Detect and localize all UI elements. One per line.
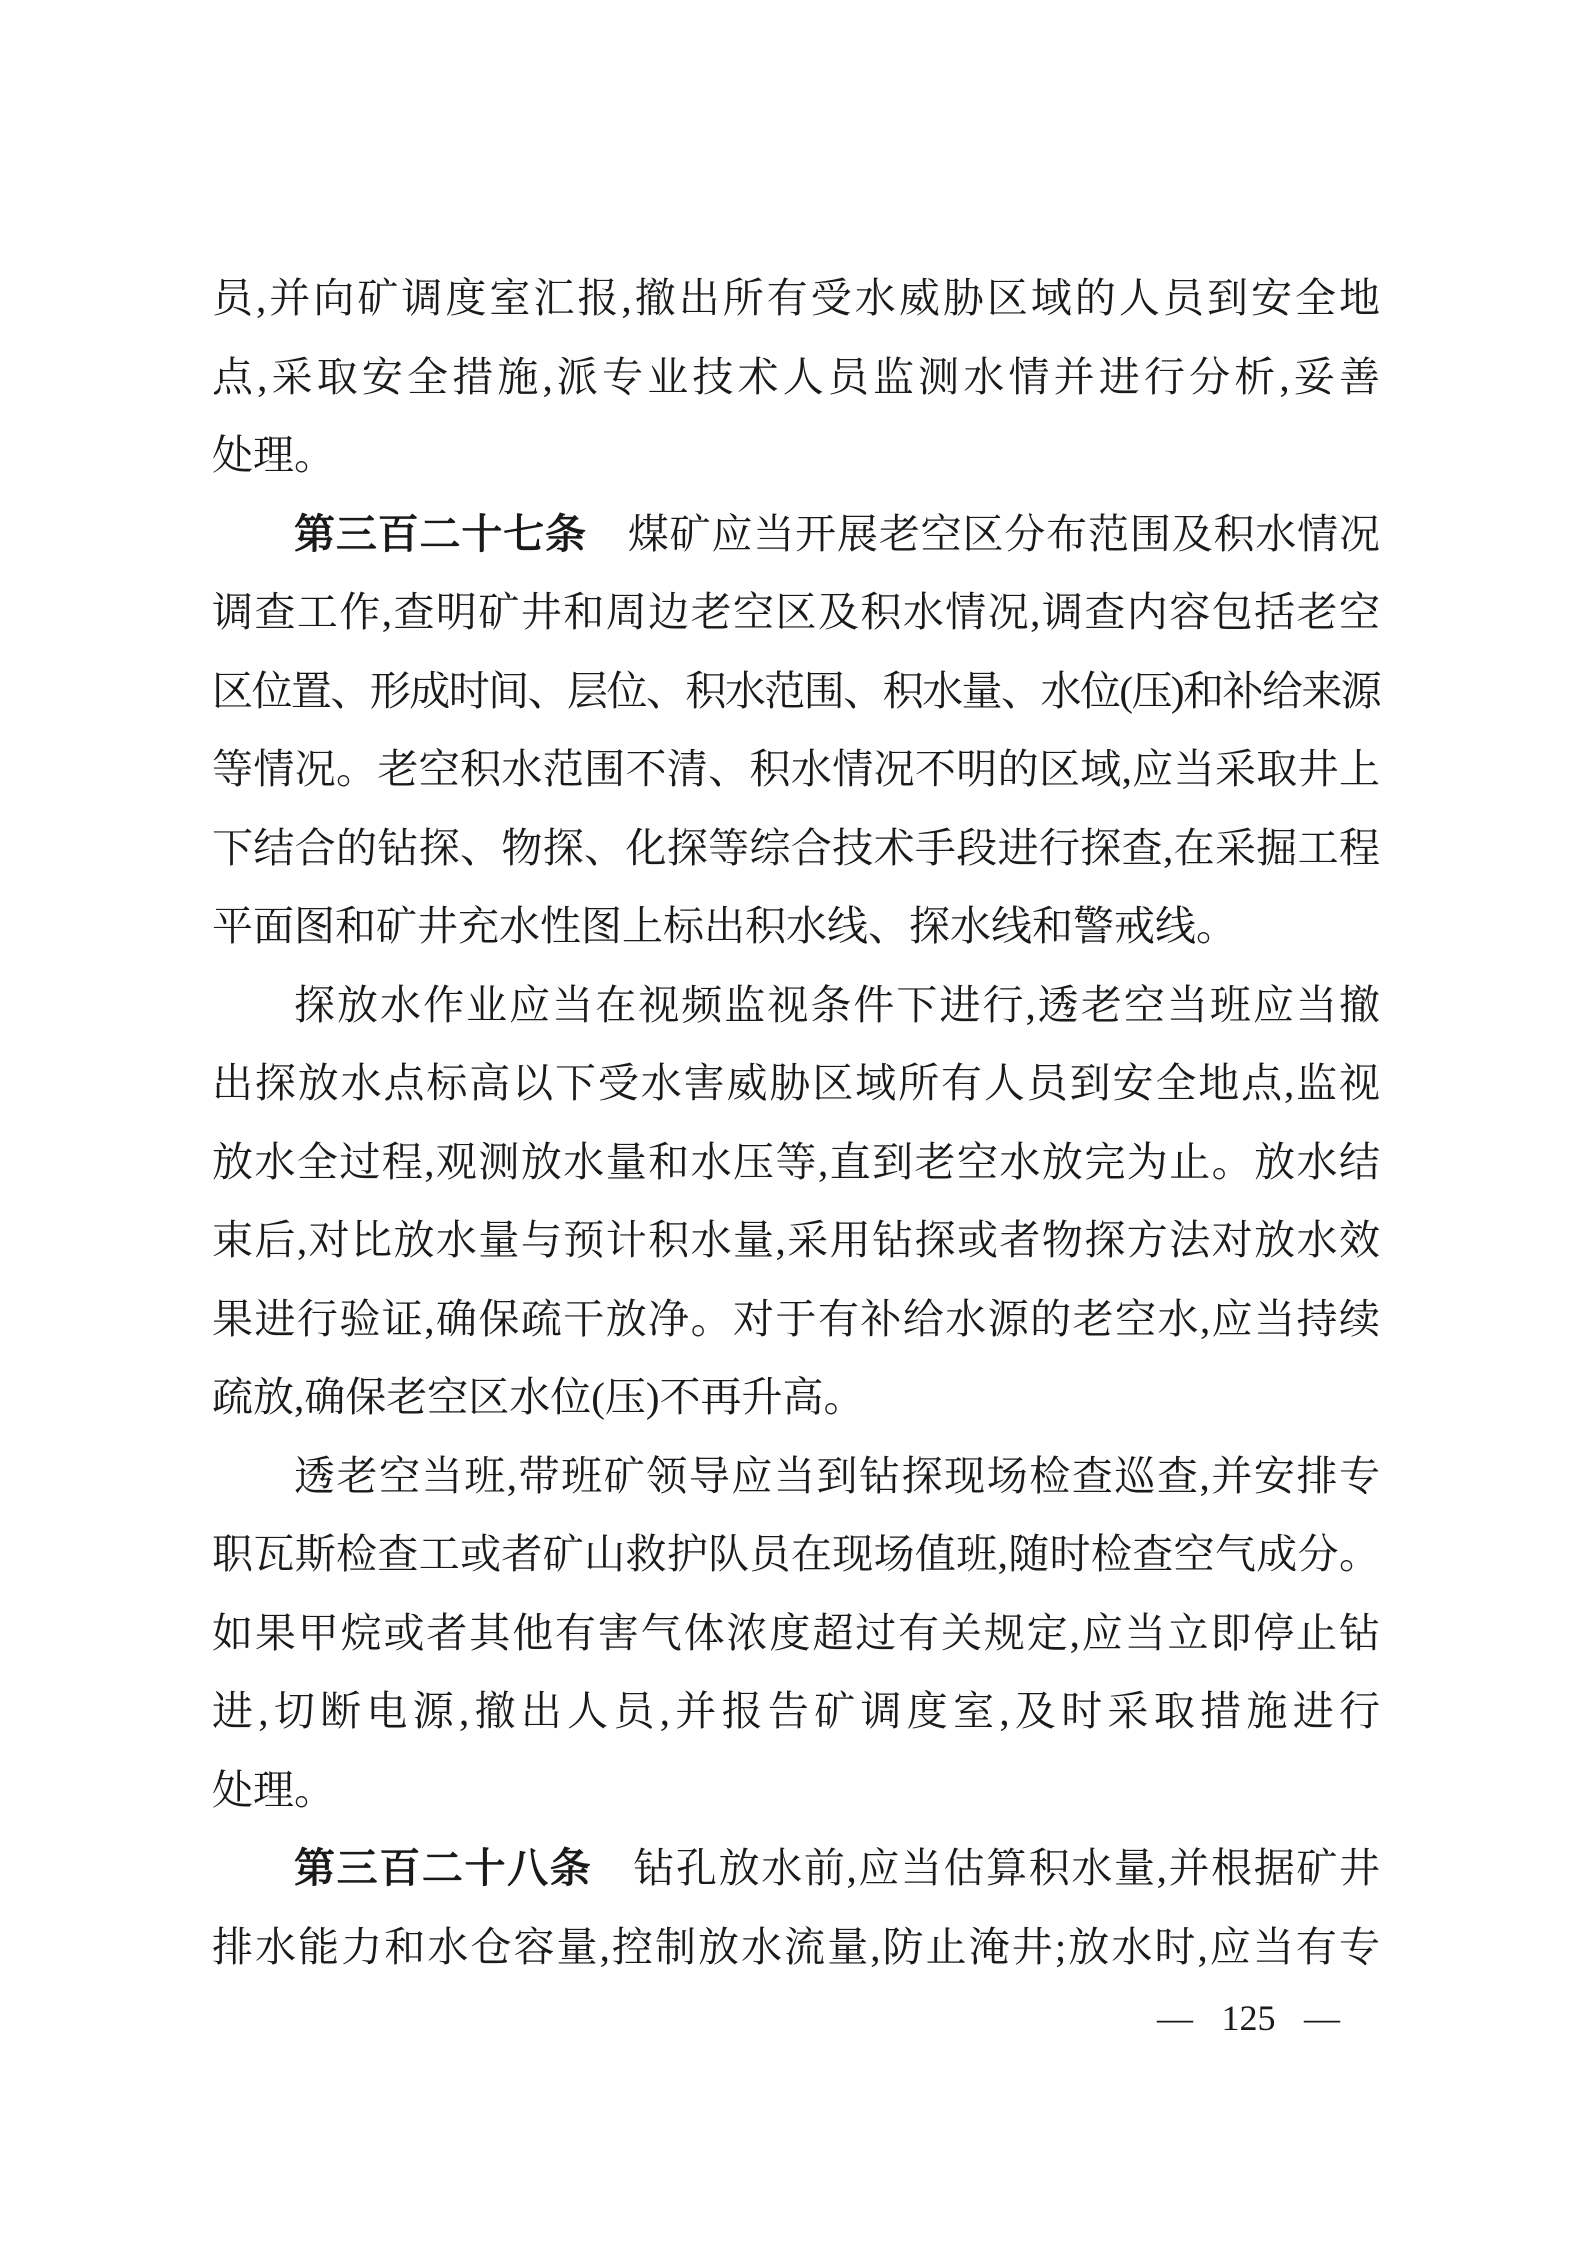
text-line: 点,采取安全措施,派专业技术人员监测水情并进行分析,妥善 (212, 338, 1380, 417)
page-number: — 125 — (1157, 1998, 1340, 2038)
article-lead-text: 煤矿应当开展老空区分布范围及积水情况 (628, 511, 1380, 557)
document-body: 员,并向矿调度室汇报,撤出所有受水威胁区域的人员到安全地 点,采取安全措施,派专… (212, 259, 1380, 1986)
text-line: 处理。 (212, 1751, 1380, 1830)
text-line: 下结合的钻探、物探、化探等综合技术手段进行探查,在采掘工程 (212, 809, 1380, 888)
text-line: 探放水作业应当在视频监视条件下进行,透老空当班应当撤 (212, 966, 1380, 1045)
article-lead-text: 钻孔放水前,应当估算积水量,并根据矿井 (633, 1845, 1380, 1891)
document-page: 员,并向矿调度室汇报,撤出所有受水威胁区域的人员到安全地 点,采取安全措施,派专… (0, 0, 1587, 2245)
text-line: 疏放,确保老空区水位(压)不再升高。 (212, 1358, 1380, 1437)
footer-dash-right: — (1304, 1998, 1340, 2038)
text-line: 平面图和矿井充水性图上标出积水线、探水线和警戒线。 (212, 887, 1380, 966)
text-line: 等情况。老空积水范围不清、积水情况不明的区域,应当采取井上 (212, 730, 1380, 809)
footer-dash-left: — (1157, 1998, 1193, 2038)
text-line: 放水全过程,观测放水量和水压等,直到老空水放完为止。放水结 (212, 1123, 1380, 1202)
text-line: 如果甲烷或者其他有害气体浓度超过有关规定,应当立即停止钻 (212, 1594, 1380, 1673)
text-line: 进,切断电源,撤出人员,并报告矿调度室,及时采取措施进行 (212, 1672, 1380, 1751)
text-line: 调查工作,查明矿井和周边老空区及积水情况,调查内容包括老空 (212, 573, 1380, 652)
paragraph-article-327: 第三百二十七条煤矿应当开展老空区分布范围及积水情况 调查工作,查明矿井和周边老空… (212, 495, 1380, 966)
text-line: 束后,对比放水量与预计积水量,采用钻探或者物探方法对放水效 (212, 1201, 1380, 1280)
text-line: 第三百二十八条钻孔放水前,应当估算积水量,并根据矿井 (212, 1829, 1380, 1908)
text-line: 果进行验证,确保疏干放净。对于有补给水源的老空水,应当持续 (212, 1280, 1380, 1359)
text-line: 职瓦斯检查工或者矿山救护队员在现场值班,随时检查空气成分。 (212, 1515, 1380, 1594)
paragraph: 探放水作业应当在视频监视条件下进行,透老空当班应当撤 出探放水点标高以下受水害威… (212, 966, 1380, 1437)
text-line: 处理。 (212, 416, 1380, 495)
paragraph: 员,并向矿调度室汇报,撤出所有受水威胁区域的人员到安全地 点,采取安全措施,派专… (212, 259, 1380, 495)
text-line: 透老空当班,带班矿领导应当到钻探现场检查巡查,并安排专 (212, 1437, 1380, 1516)
text-line: 排水能力和水仓容量,控制放水流量,防止淹井;放水时,应当有专 (212, 1908, 1380, 1987)
page-number-value: 125 (1222, 1998, 1276, 2038)
paragraph-article-328: 第三百二十八条钻孔放水前,应当估算积水量,并根据矿井 排水能力和水仓容量,控制放… (212, 1829, 1380, 1986)
text-line: 员,并向矿调度室汇报,撤出所有受水威胁区域的人员到安全地 (212, 259, 1380, 338)
text-line: 出探放水点标高以下受水害威胁区域所有人员到安全地点,监视 (212, 1044, 1380, 1123)
text-line: 第三百二十七条煤矿应当开展老空区分布范围及积水情况 (212, 495, 1380, 574)
article-number: 第三百二十八条 (294, 1845, 592, 1891)
text-line: 区位置、形成时间、层位、积水范围、积水量、水位(压)和补给来源 (212, 652, 1380, 731)
article-number: 第三百二十七条 (294, 511, 587, 557)
paragraph: 透老空当班,带班矿领导应当到钻探现场检查巡查,并安排专 职瓦斯检查工或者矿山救护… (212, 1437, 1380, 1830)
